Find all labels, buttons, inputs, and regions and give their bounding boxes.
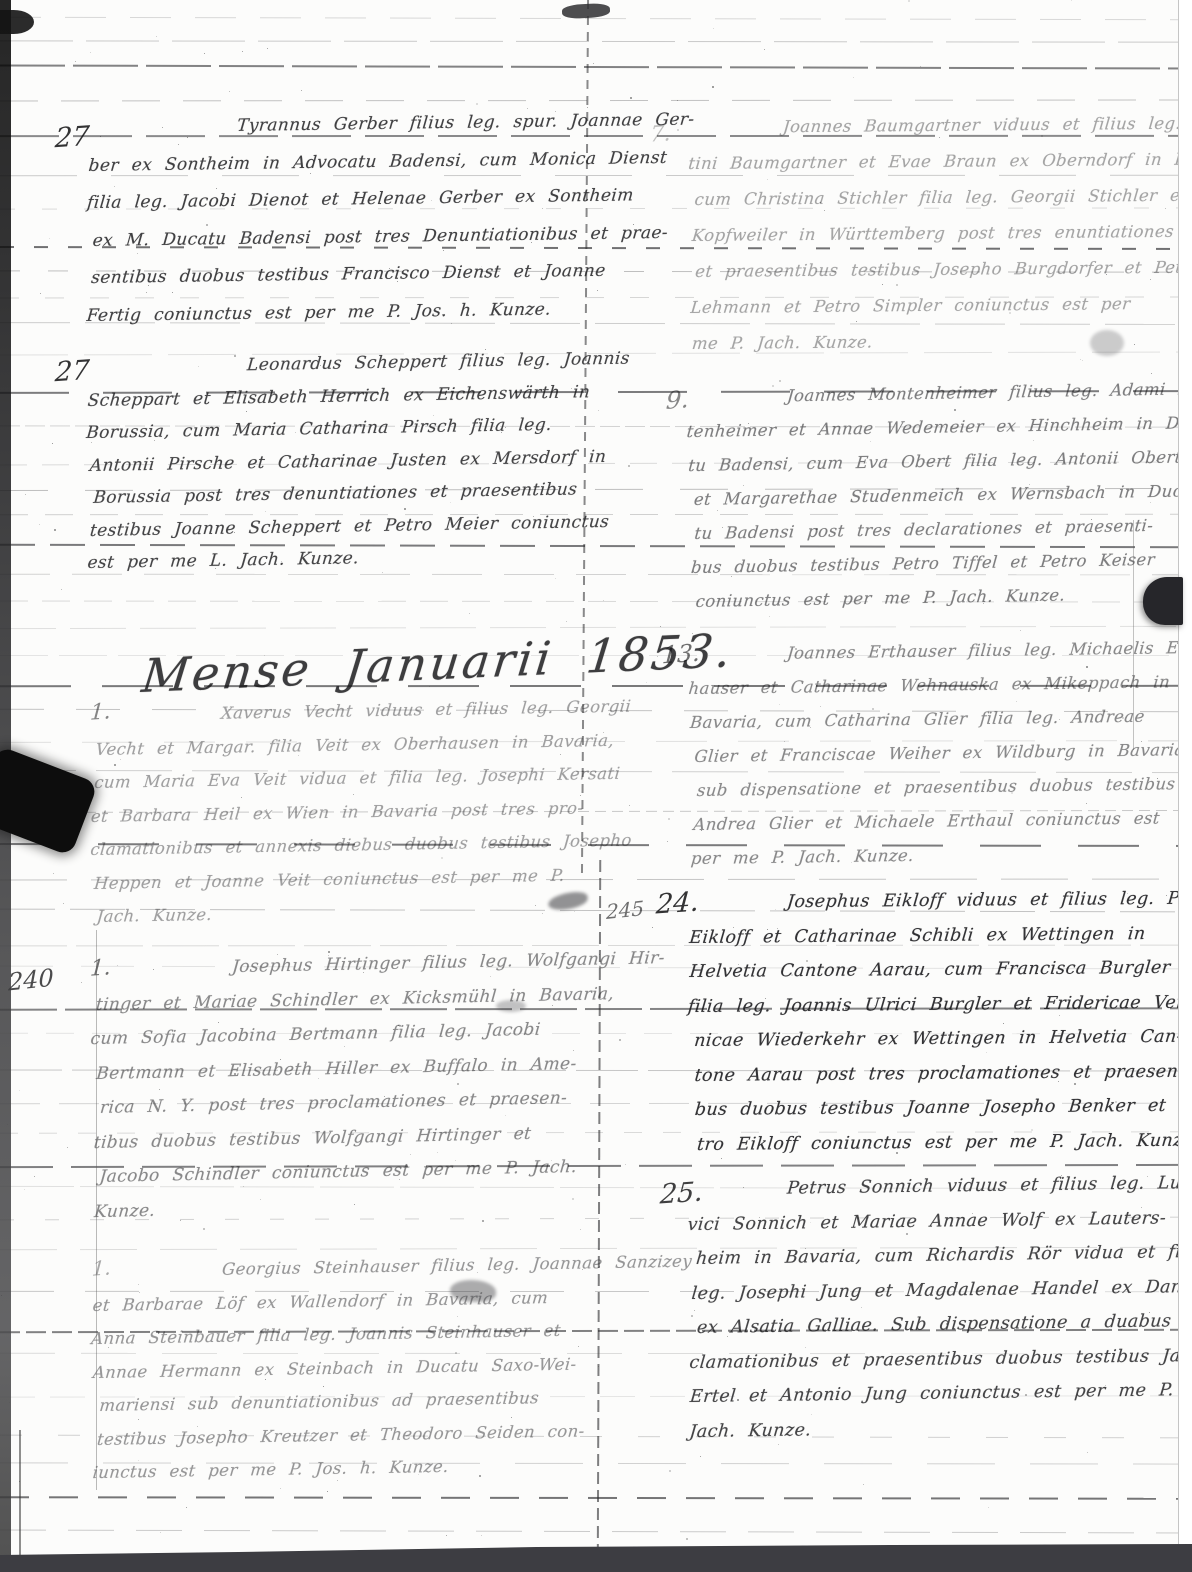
entry-line: tini Baumgartner et Evae Braun ex Obernd… — [686, 149, 1192, 190]
entry-number: 13. — [661, 639, 701, 670]
entry-line: Helvetia Cantone Aarau, cum Francisca Bu… — [687, 957, 1192, 996]
noise-speck — [988, 1507, 989, 1508]
ink-smudge — [496, 1000, 526, 1012]
noise-speck — [242, 51, 243, 52]
noise-speck — [39, 524, 40, 525]
noise-speck — [580, 1229, 581, 1230]
entry-line: tone Aarau post tres proclamationes et p… — [692, 1061, 1192, 1100]
entry-number: 27 — [54, 121, 90, 155]
noise-speck — [186, 1507, 187, 1508]
register-page-scan: Mense Januarii 1853. Tyrannus Gerber fil… — [0, 0, 1192, 1572]
entry-line: Fertig coniunctus est per me P. Jos. h. … — [84, 297, 698, 343]
noise-speck — [160, 1532, 161, 1533]
noise-speck — [712, 86, 714, 88]
noise-speck — [779, 380, 781, 382]
noise-speck — [1151, 373, 1152, 374]
noise-speck — [229, 91, 230, 92]
noise-speck — [603, 600, 604, 601]
noise-speck — [668, 818, 670, 820]
noise-speck — [267, 48, 268, 49]
noise-speck — [485, 349, 486, 350]
entry-line: filia leg. Joannis Ulrici Burgler et Fri… — [686, 992, 1192, 1031]
ink-smudge — [450, 1280, 496, 1302]
register-entry: Joannes Erthauser filius leg. Michaelis … — [692, 638, 1192, 883]
noise-speck — [853, 77, 854, 78]
register-entry: Josephus Hirtinger filius leg. Wolfgangi… — [95, 948, 671, 1236]
month-year-heading: Mense Januarii 1853. — [139, 623, 736, 703]
ink-smudge — [1090, 330, 1124, 356]
left-frame-rule — [19, 1430, 21, 1555]
entry-line: Joannes Erthauser filius leg. Michaelis … — [785, 638, 1192, 678]
noise-speck — [593, 63, 594, 64]
noise-speck — [1020, 630, 1021, 631]
left-ink-blob — [0, 746, 98, 857]
noise-speck — [54, 529, 56, 531]
noise-speck — [527, 108, 528, 109]
noise-speck — [301, 90, 302, 91]
register-entry: Petrus Sonnich viduus et filius leg. Lud… — [692, 1173, 1192, 1456]
noise-speck — [587, 107, 588, 108]
entry-line: Kopfweiler in Württemberg post tres enun… — [689, 221, 1192, 262]
ruled-line — [0, 99, 1192, 101]
noise-speck — [67, 1147, 68, 1148]
register-entry: Tyrannus Gerber filius leg. spur. Joanna… — [88, 110, 699, 343]
scan-page-right-edge — [1178, 0, 1192, 1572]
entry-number: 9. — [665, 385, 690, 415]
noise-speck — [156, 36, 157, 37]
noise-speck — [204, 53, 205, 54]
page-number: 240 — [8, 964, 54, 997]
noise-speck — [34, 1176, 35, 1177]
entry-line: cum Christina Stichler filia leg. Georgi… — [692, 185, 1192, 226]
entry-line: Eikloff et Catharinae Schibli ex Wetting… — [687, 923, 1192, 962]
noise-speck — [277, 954, 278, 955]
noise-speck — [476, 103, 478, 105]
entry-number: 27 — [54, 355, 90, 389]
noise-speck — [652, 927, 653, 928]
top-fold-smudge — [562, 3, 611, 19]
register-entry: Leonardus Scheppert filius leg. JoannisS… — [88, 349, 635, 586]
register-entry: Joannes Baumgartner viduus et filius leg… — [692, 113, 1192, 370]
entry-line: nicae Wiederkehr ex Wettingen in Helveti… — [692, 1026, 1192, 1065]
ruled-line — [0, 40, 1192, 42]
noise-speck — [328, 951, 330, 953]
entry-line: Jach. Kunze. — [687, 1414, 1192, 1456]
noise-speck — [555, 578, 556, 579]
noise-speck — [667, 841, 668, 842]
entry-number: 24. — [655, 886, 700, 920]
entry-number: 1. — [89, 699, 112, 726]
noise-speck — [75, 61, 76, 62]
noise-speck — [49, 238, 50, 239]
ruled-line — [0, 64, 1192, 69]
noise-speck — [19, 1090, 20, 1091]
entry-line: bus duobus testibus Joanne Josepho Benke… — [692, 1095, 1192, 1134]
noise-speck — [566, 621, 567, 622]
entry-line: per me P. Jach. Kunze. — [689, 842, 1192, 883]
entry-number: 25. — [659, 1176, 704, 1210]
noise-speck — [52, 443, 53, 444]
top-left-corner-mark — [0, 10, 34, 34]
noise-speck — [40, 293, 41, 294]
right-ink-blob — [1143, 577, 1183, 625]
noise-speck — [90, 52, 91, 53]
register-entry: Josephus Eikloff viduus et filius leg. P… — [692, 888, 1192, 1169]
noise-speck — [25, 494, 26, 495]
noise-speck — [469, 613, 470, 614]
ruled-line — [0, 1530, 1192, 1534]
register-entry: Joannes Montenheimer filius leg. Adami M… — [692, 379, 1192, 626]
noise-speck — [24, 1189, 25, 1190]
bottom-scan-band — [0, 1541, 1192, 1572]
entry-line: Tyrannus Gerber filius leg. spur. Joanna… — [235, 110, 696, 154]
entry-line: Joannes Baumgartner viduus et filius leg… — [781, 113, 1192, 153]
noise-speck — [446, 1535, 447, 1536]
noise-speck — [677, 100, 678, 101]
noise-speck — [81, 982, 82, 983]
entry-line: Josephus Eikloff viduus et filius leg. P… — [785, 888, 1192, 926]
entry-number: 1. — [91, 1255, 112, 1281]
noise-speck — [863, 1484, 864, 1485]
ruled-line — [0, 1496, 1192, 1500]
entry-number: 1. — [89, 955, 112, 982]
noise-speck — [646, 682, 647, 683]
noise-speck — [53, 873, 54, 874]
noise-speck — [481, 1535, 482, 1536]
entry-line: Lehmann et Petro Simpler coniunctus est … — [688, 293, 1192, 334]
noise-speck — [920, 66, 921, 67]
noise-speck — [630, 97, 632, 99]
noise-speck — [1087, 1452, 1088, 1453]
register-entry: Georgius Steinhauser filius leg. Joannae… — [95, 1252, 697, 1497]
noise-speck — [764, 49, 765, 50]
noise-speck — [713, 28, 714, 29]
noise-speck — [686, 1538, 688, 1540]
noise-speck — [63, 903, 64, 904]
noise-speck — [19, 1481, 20, 1482]
noise-speck — [908, 0, 910, 2]
entry-number: 7. — [649, 121, 672, 148]
entry-line: Petrus Sonnich viduus et filius leg. Lud… — [785, 1173, 1192, 1214]
noise-speck — [61, 589, 62, 590]
page-number: 245 — [606, 896, 644, 924]
noise-speck — [1071, 0, 1072, 1]
entry-line: et praesentibus testibus Josepho Burgdor… — [693, 257, 1192, 298]
entry-line: tro Eikloff coniunctus est per me P. Jac… — [695, 1130, 1192, 1169]
